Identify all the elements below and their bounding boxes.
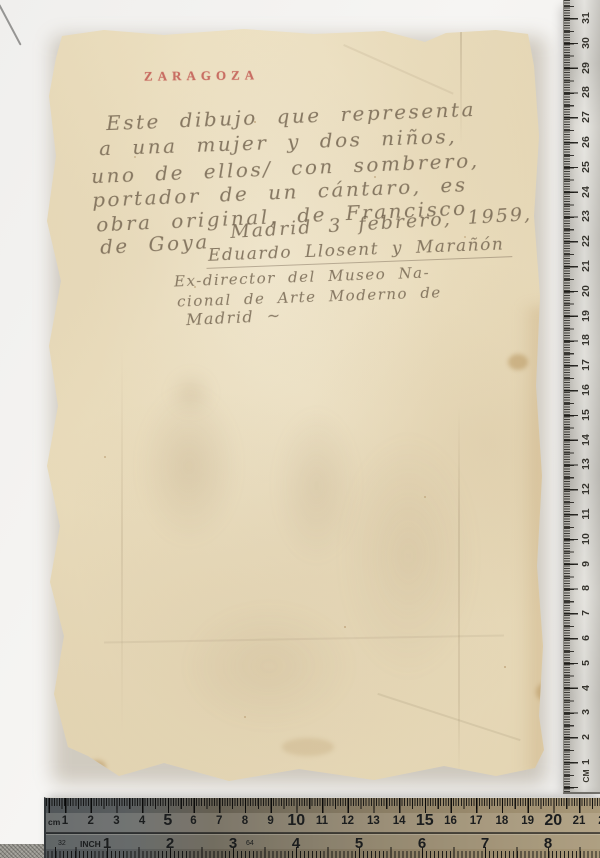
- vertical-ruler-number: 16: [579, 381, 593, 399]
- horizontal-ruler-cm-number: 18: [491, 815, 513, 827]
- vertical-ruler-number: 11: [579, 505, 593, 523]
- horizontal-ruler-cm-number: 12: [337, 815, 359, 827]
- vertical-ruler-number: 18: [579, 331, 593, 349]
- horizontal-ruler-fraction-label-64: 64: [246, 840, 254, 847]
- vertical-ruler-number: 22: [579, 232, 593, 250]
- vertical-ruler-number: 30: [579, 34, 593, 52]
- horizontal-ruler-cm-number: 9: [260, 815, 282, 827]
- vertical-ruler-number: 25: [579, 158, 593, 176]
- horizontal-ruler-cm-ticks: [46, 798, 600, 813]
- vertical-ruler-number: 23: [579, 207, 593, 225]
- horizontal-ruler-inch-number: 1: [96, 835, 118, 852]
- horizontal-ruler-cm-number: 4: [131, 815, 153, 827]
- horizontal-ruler-cm-number: 16: [440, 815, 462, 827]
- horizontal-ruler-cm-number: 22: [594, 815, 600, 827]
- horizontal-ruler-divider-highlight: [46, 834, 600, 835]
- horizontal-ruler: cm INCH 32 64 12345678910111213141516171…: [44, 797, 600, 858]
- vertical-ruler-number: 2: [579, 728, 593, 746]
- horizontal-ruler-inch-number: 8: [537, 835, 559, 852]
- manuscript-paper: ZARAGOZA Este dibujo que representa a un…: [44, 26, 546, 784]
- vertical-ruler-number: 20: [579, 282, 593, 300]
- horizontal-ruler-inch-number: 4: [285, 835, 307, 852]
- zaragoza-stamp: ZARAGOZA: [144, 67, 259, 84]
- horizontal-ruler-cm-number: 7: [208, 815, 230, 827]
- vertical-ruler-number: 14: [579, 431, 593, 449]
- paper-stain: [282, 738, 334, 756]
- horizontal-ruler-fraction-label-32: 32: [58, 840, 66, 847]
- horizontal-ruler-cm-number: 3: [105, 815, 127, 827]
- horizontal-ruler-cm-number: 8: [234, 815, 256, 827]
- horizontal-ruler-cm-number: 14: [388, 815, 410, 827]
- vertical-ruler-number: 28: [579, 83, 593, 101]
- vertical-ruler-number: 17: [579, 356, 593, 374]
- vertical-ruler-number: 29: [579, 59, 593, 77]
- horizontal-ruler-cm-number: 2: [80, 815, 102, 827]
- vertical-ruler-unit-label: CM: [580, 767, 592, 785]
- vertical-ruler-number: 7: [579, 604, 593, 622]
- vertical-ruler-number: 6: [579, 629, 593, 647]
- paper-crease: [460, 26, 462, 146]
- show-through-figure: [162, 364, 220, 422]
- horizontal-ruler-inch-number: 2: [159, 835, 181, 852]
- horizontal-ruler-cm-number: 10: [285, 812, 307, 830]
- handwritten-title-line-3: Madrid ~: [186, 306, 282, 329]
- vertical-ruler-number: 26: [579, 133, 593, 151]
- vertical-ruler-number: 12: [579, 480, 593, 498]
- vertical-ruler-number: 9: [579, 555, 593, 573]
- handwritten-line-6: de Goya: [99, 229, 210, 259]
- paper-crease: [343, 44, 453, 95]
- show-through-figure: [154, 581, 384, 751]
- vertical-ruler-number: 13: [579, 455, 593, 473]
- horizontal-ruler-cm-number: 15: [414, 812, 436, 830]
- horizontal-ruler-inch-number: 6: [411, 835, 433, 852]
- stray-hairline: [0, 4, 22, 46]
- horizontal-ruler-cm-number: 20: [542, 812, 564, 830]
- vertical-ruler-number: 19: [579, 307, 593, 325]
- vertical-ruler: 1234567891011121314151617181920212223242…: [563, 0, 600, 794]
- photo-scene: ZARAGOZA Este dibujo que representa a un…: [0, 0, 600, 858]
- horizontal-ruler-cm-number: 19: [517, 815, 539, 827]
- vertical-ruler-number: 5: [579, 654, 593, 672]
- vertical-ruler-number: 21: [579, 257, 593, 275]
- vertical-ruler-number: 31: [579, 9, 593, 27]
- horizontal-ruler-cm-number: 5: [157, 812, 179, 830]
- horizontal-ruler-cm-number: 11: [311, 815, 333, 827]
- vertical-ruler-number: 8: [579, 579, 593, 597]
- vertical-ruler-number: 3: [579, 703, 593, 721]
- horizontal-ruler-inch-number: 3: [222, 835, 244, 852]
- horizontal-ruler-inch-number: 5: [348, 835, 370, 852]
- horizontal-ruler-cm-number: 6: [183, 815, 205, 827]
- horizontal-ruler-sixteenth-ticks: [46, 851, 600, 858]
- vertical-ruler-number: 27: [579, 108, 593, 126]
- horizontal-ruler-inch-number: 7: [474, 835, 496, 852]
- fabric-corner: [0, 844, 46, 858]
- vertical-ruler-number: 15: [579, 406, 593, 424]
- vertical-ruler-number: 10: [579, 530, 593, 548]
- horizontal-ruler-cm-number: 17: [465, 815, 487, 827]
- paper-crease: [121, 346, 123, 736]
- vertical-ruler-number: 4: [579, 679, 593, 697]
- horizontal-ruler-cm-number: 13: [362, 815, 384, 827]
- vertical-ruler-number: 24: [579, 183, 593, 201]
- vertical-ruler-numbers: 1234567891011121314151617181920212223242…: [564, 0, 600, 792]
- horizontal-ruler-cm-number: 1: [54, 815, 76, 827]
- horizontal-ruler-cm-number: 21: [568, 815, 590, 827]
